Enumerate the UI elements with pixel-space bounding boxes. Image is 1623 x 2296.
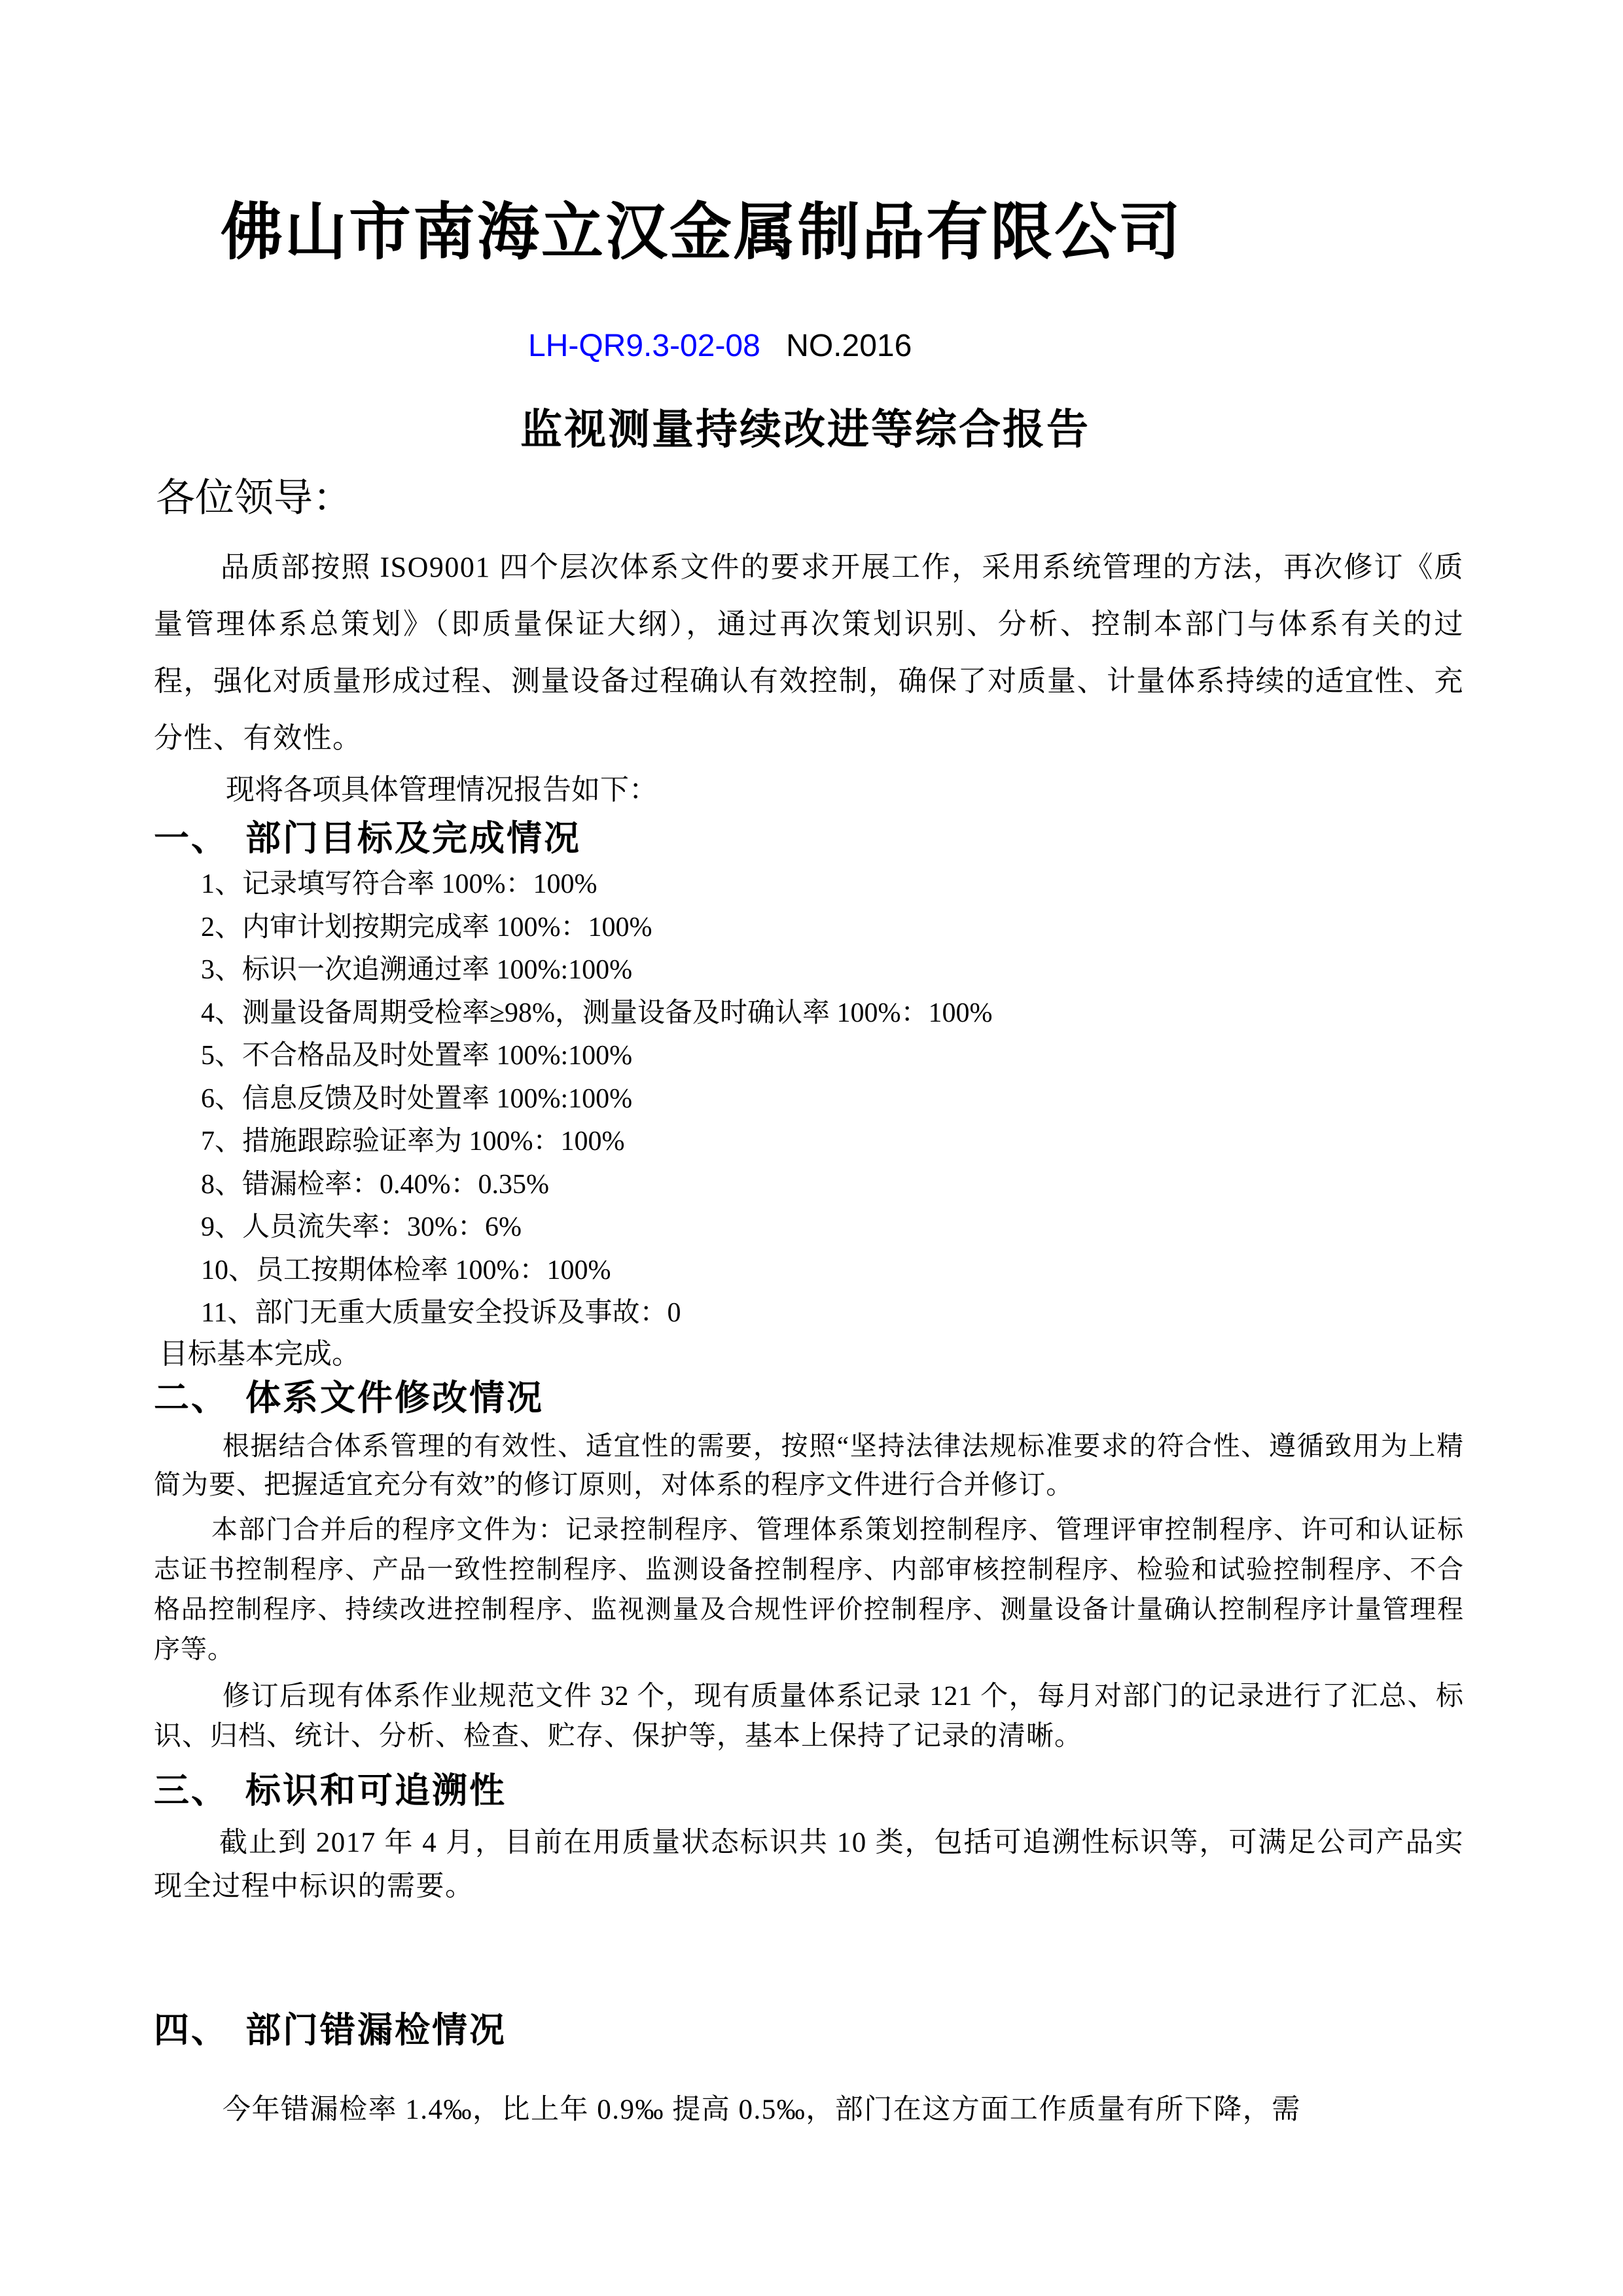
document-page: 佛山市南海立汉金属制品有限公司 LH-QR9.3-02-08 NO.2016 监…	[0, 0, 1623, 2296]
goal-item: 8、错漏检率：0.40%：0.35%	[201, 1164, 1464, 1207]
salutation: 各位领导：	[156, 475, 1464, 522]
goal-item: 1、记录填写符合率 100%：100%	[201, 863, 1464, 906]
section-1-heading: 一、部门目标及完成情况	[154, 814, 1464, 863]
goal-item: 11、部门无重大质量安全投诉及事故：0	[201, 1292, 1464, 1335]
goal-item: 5、不合格品及时处置率 100%:100%	[201, 1035, 1464, 1078]
section-4-title: 部门错漏检情况	[245, 2011, 507, 2050]
goal-conclusion: 目标基本完成。	[159, 1335, 1464, 1373]
section-2-paragraph: 本部门合并后的程序文件为：记录控制程序、管理体系策划控制程序、管理评审控制程序、…	[154, 1509, 1464, 1669]
goal-item: 2、内审计划按期完成率 100%：100%	[201, 906, 1464, 950]
intro-paragraph: 品质部按照 ISO9001 四个层次体系文件的要求开展工作，采用系统管理的方法，…	[154, 539, 1464, 766]
goal-item: 9、人员流失率：30%：6%	[201, 1206, 1464, 1249]
document-content: 佛山市南海立汉金属制品有限公司 LH-QR9.3-02-08 NO.2016 监…	[0, 196, 1623, 2132]
doc-number: NO.2016	[786, 329, 912, 363]
goal-item: 6、信息反馈及时处置率 100%:100%	[201, 1078, 1464, 1121]
lead-in-line: 现将各项具体管理情况报告如下：	[226, 766, 1464, 814]
section-1-title: 部门目标及完成情况	[245, 819, 581, 858]
doc-code-line: LH-QR9.3-02-08 NO.2016	[528, 327, 1464, 365]
company-title: 佛山市南海立汉金属制品有限公司	[221, 196, 1464, 268]
section-4-heading: 四、部门错漏检情况	[154, 2005, 1464, 2055]
section-2-paragraph: 根据结合体系管理的有效性、适宜性的需要，按照“坚持法律法规标准要求的符合性、遵循…	[154, 1427, 1464, 1504]
section-4-number: 四、	[154, 2005, 245, 2055]
doc-code: LH-QR9.3-02-08	[528, 329, 760, 363]
goal-item: 10、员工按期体检率 100%：100%	[201, 1249, 1464, 1293]
section-3-number: 三、	[154, 1766, 245, 1816]
report-title: 监视测量持续改进等综合报告	[520, 406, 1464, 453]
section-3-paragraph: 截止到 2017 年 4 月，目前在用质量状态标识共 10 类，包括可追溯性标识…	[154, 1821, 1464, 1909]
section-2-heading: 二、体系文件修改情况	[154, 1373, 1464, 1423]
goal-list: 1、记录填写符合率 100%：100% 2、内审计划按期完成率 100%：100…	[201, 863, 1464, 1335]
section-3-title: 标识和可追溯性	[245, 1771, 507, 1810]
section-2-title: 体系文件修改情况	[245, 1378, 544, 1418]
goal-item: 3、标识一次追溯通过率 100%:100%	[201, 949, 1464, 992]
section-2-paragraph: 修订后现有体系作业规范文件 32 个，现有质量体系记录 121 个，每月对部门的…	[154, 1677, 1464, 1757]
goal-item: 4、测量设备周期受检率≥98%，测量设备及时确认率 100%：100%	[201, 992, 1464, 1035]
section-2-number: 二、	[154, 1373, 245, 1423]
goal-item: 7、措施跟踪验证率为 100%：100%	[201, 1121, 1464, 1164]
section-4-paragraph: 今年错漏检率 1.4‰，比上年 0.9‰ 提高 0.5‰，部门在这方面工作质量有…	[154, 2088, 1464, 2132]
section-1-number: 一、	[154, 814, 245, 863]
section-3-heading: 三、标识和可追溯性	[154, 1766, 1464, 1816]
